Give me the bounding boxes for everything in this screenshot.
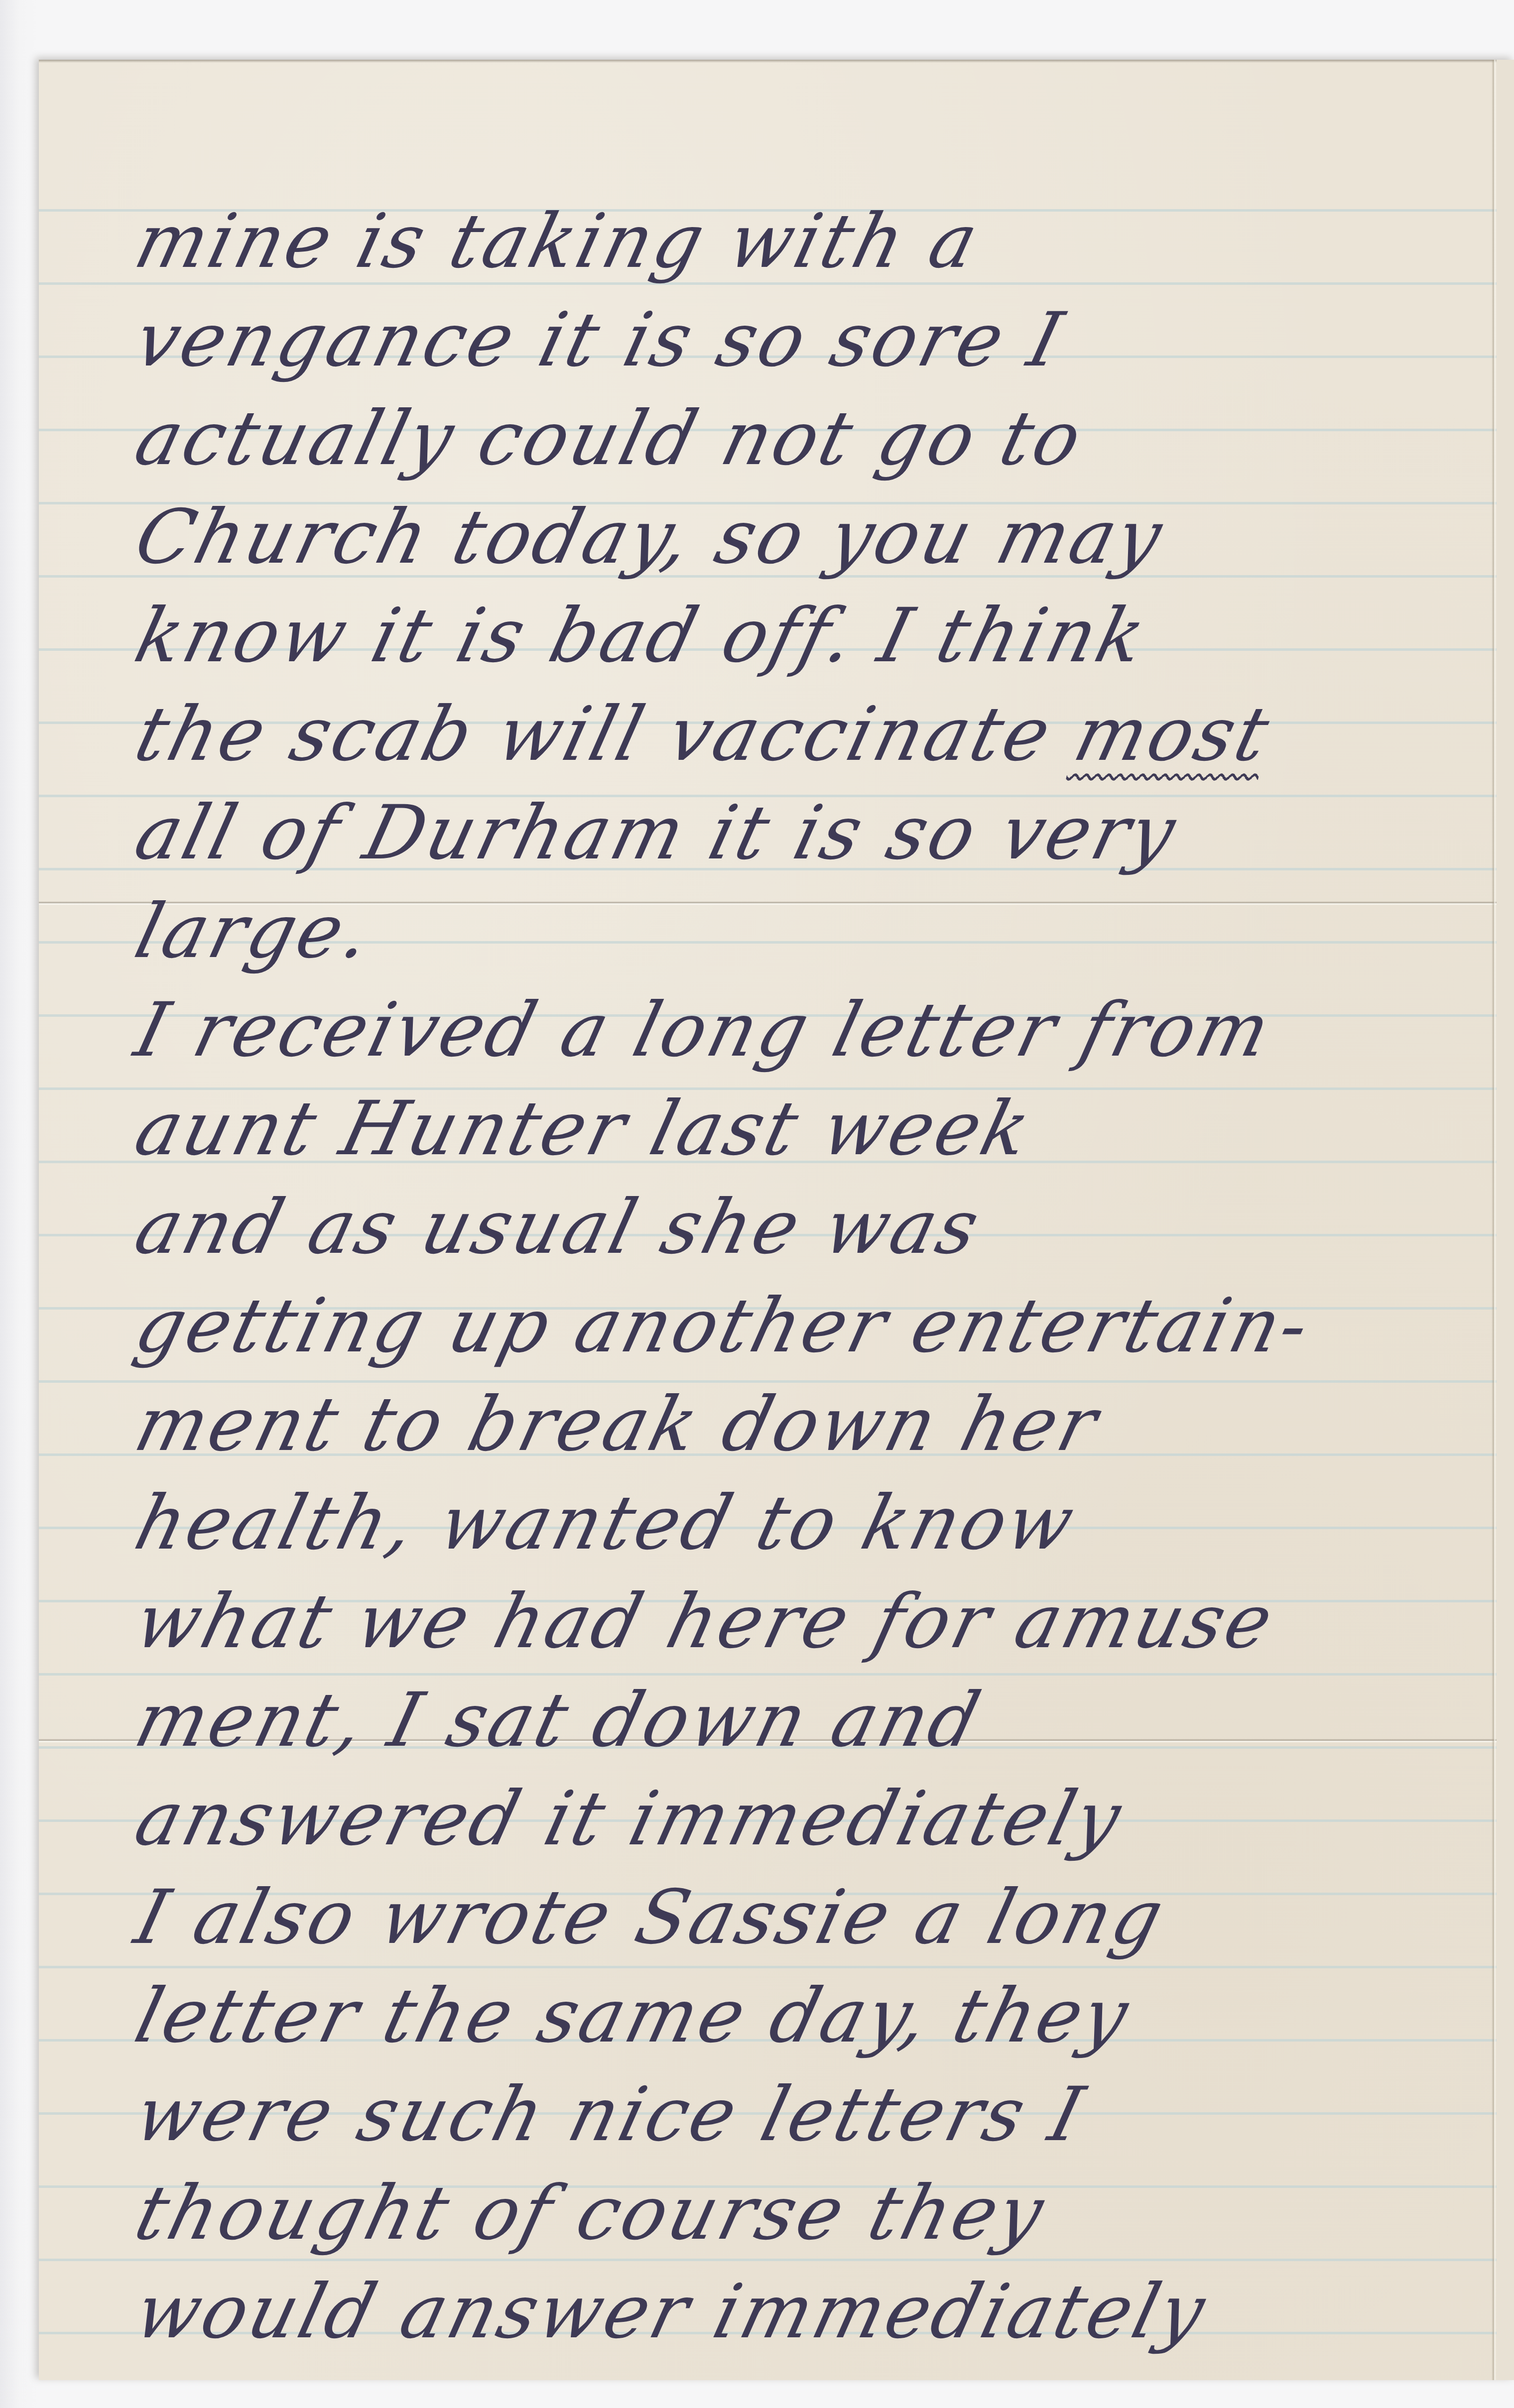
handwritten-line-20: were such nice letters I [128,2077,1093,2152]
handwritten-line-5: know it is bad off. I think [128,599,1154,673]
handwritten-line-19: letter the same day, they [128,1979,1138,2053]
underlined-word-most: most [1066,691,1280,778]
ruled-line [39,1673,1514,1676]
ruled-line [39,1966,1514,1968]
handwritten-line-12: getting up another entertain- [128,1289,1319,1363]
handwritten-line-17: answered it immediately [128,1782,1131,1856]
handwritten-line-16: ment, I sat down and [128,1683,990,1758]
handwritten-line-10: aunt Hunter last week [128,1091,1039,1166]
ruled-line [39,2259,1514,2261]
handwritten-line-9: I received a long letter from [128,993,1279,1068]
handwritten-line-21: thought of course they [128,2176,1053,2251]
line-6-text: the scab will vaccinate [127,691,1088,778]
handwritten-line-4: Church today, so you may [128,500,1171,575]
handwritten-line-15: what we had here for amuse [128,1584,1282,1659]
handwritten-line-22: would answer immediately [128,2275,1215,2349]
handwritten-line-6: the scab will vaccinate most [128,697,1278,772]
handwritten-line-11: and as usual she was [128,1190,989,1265]
handwritten-line-1: mine is taking with a [128,204,987,279]
handwritten-line-3: actually could not go to [128,401,1091,476]
adjacent-leaf-strip [1497,60,1514,2380]
handwritten-line-7: all of Durham it is so very [128,796,1185,870]
handwritten-line-13: ment to break down her [128,1387,1107,1462]
handwritten-line-8: large. [128,894,380,969]
paper-top-edge [39,60,1514,63]
handwritten-line-14: health, wanted to know [128,1486,1084,1561]
handwritten-line-18: I also wrote Sassie a long [128,1880,1172,1955]
handwritten-line-2: vengance it is so sore I [128,303,1072,377]
letter-page: mine is taking with a vengance it is so … [39,60,1514,2380]
vertical-fold [1492,60,1497,2380]
